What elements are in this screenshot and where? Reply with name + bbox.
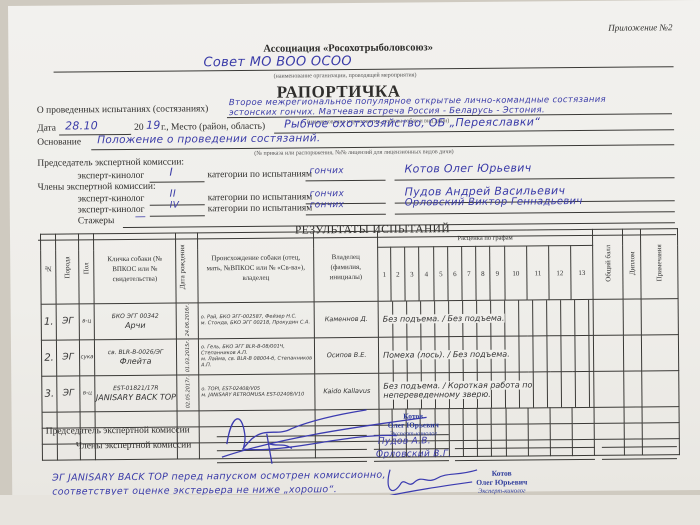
empty-cell bbox=[506, 408, 528, 424]
member1-category: II bbox=[170, 189, 177, 200]
grade-col-1: 1 bbox=[378, 247, 391, 301]
member2-discipline-line bbox=[306, 214, 386, 216]
sign-extra2b-line bbox=[602, 458, 677, 460]
empty-cell bbox=[42, 412, 57, 428]
empty-cell bbox=[528, 407, 550, 423]
chairman-category: I bbox=[169, 166, 173, 179]
year-value: 19 bbox=[146, 119, 161, 132]
row-dob: 24.06.2016г. bbox=[176, 303, 198, 339]
grade-col-3: 3 bbox=[405, 247, 419, 301]
place-value: Рыбное охотхозяйство, ОБ „Переяславки“ bbox=[284, 115, 540, 130]
basis-value: Положение о проведении состязаний. bbox=[97, 132, 320, 146]
event-label: О проведенных испытаниях (состязаниях) bbox=[37, 104, 208, 115]
appendix-label: Приложение №2 bbox=[608, 22, 672, 33]
member2-category: IV bbox=[170, 201, 180, 211]
sign-members-label: Члены экспертной комиссии bbox=[76, 440, 192, 451]
chairman-category-label: категории по испытаниям bbox=[207, 169, 312, 180]
grade-col-11: 11 bbox=[527, 246, 549, 300]
trainees-value: — bbox=[135, 210, 146, 223]
member2-category-label: категории по испытаниям bbox=[208, 203, 313, 214]
date-label: Дата bbox=[37, 124, 56, 134]
grade-col-8: 8 bbox=[476, 246, 490, 300]
empty-cell bbox=[572, 407, 594, 423]
row-sex: сука bbox=[79, 340, 94, 376]
year-prefix: 20 bbox=[134, 123, 144, 133]
col-grading: Расценка по графам bbox=[377, 229, 592, 247]
row-sex: в-ц bbox=[79, 304, 94, 340]
row-total bbox=[594, 371, 624, 407]
footnote-line1: ЭГ JANISARY BACK TOP перед напуском осмо… bbox=[52, 470, 386, 484]
stamp-name: Олег Юрьевич bbox=[388, 420, 439, 429]
expert-stamp-top: Котов Олег Юрьевич Эксперт-кинолог bbox=[388, 411, 439, 438]
chairman-expert-label: эксперт-кинолог bbox=[77, 171, 144, 182]
empty-cell bbox=[594, 407, 624, 423]
grade-col-7: 7 bbox=[462, 246, 476, 300]
empty-cell bbox=[550, 407, 572, 423]
row-sire: о. Гель, БКО ЭГГ BLR-B-08/001Ч, Степанни… bbox=[201, 344, 314, 357]
empty-cell bbox=[506, 424, 528, 440]
row-dog-name: св. BLR-B-0026/ЭГФлейта bbox=[94, 339, 176, 376]
row-dog-name: EST-01821/17RJANISARY BACK TOP bbox=[95, 375, 177, 412]
row-breed: ЭГ bbox=[56, 340, 79, 376]
member1-category-label: категории по испытаниям bbox=[208, 192, 313, 203]
row-sex: в-ц bbox=[80, 375, 95, 411]
stamp-surname: Котов bbox=[476, 468, 527, 477]
col-origin: Происхождение собаки (отец, мать, №ВПКОС… bbox=[197, 232, 314, 303]
col-sex: Пол bbox=[78, 234, 94, 304]
chairman-name: Котов Олег Юрьевич bbox=[404, 161, 531, 175]
row-owner: Каменнов Д. bbox=[314, 301, 378, 337]
col-total: Общий балл bbox=[593, 229, 624, 299]
empty-cell bbox=[528, 423, 550, 439]
organization-value: Совет МО ВОО ОСОО bbox=[203, 54, 352, 70]
row-origin: о. Рай, БКО ЭГГ-002587, Фейзер Н.С.м. Ст… bbox=[198, 302, 314, 339]
row-grading: Помеха (лось). / Без подъема. bbox=[378, 335, 593, 373]
chairman-discipline-line bbox=[306, 180, 386, 182]
row-diploma bbox=[623, 299, 641, 335]
trainees-label: Стажеры bbox=[78, 216, 115, 226]
row-breed: ЭГ bbox=[56, 304, 79, 340]
empty-cell bbox=[491, 408, 506, 424]
row-dog-nickname: Арчи bbox=[95, 321, 176, 331]
row-dog-nickname: Флейта bbox=[95, 357, 176, 367]
stamp-surname: Котов bbox=[388, 411, 439, 420]
grade-col-13: 13 bbox=[571, 245, 594, 299]
expert-stamp-bottom: Котов Олег Юрьевич Эксперт-кинолог bbox=[476, 468, 527, 495]
col-owner: Владелец (фамилия, инициалы) bbox=[313, 231, 378, 302]
row-diploma bbox=[624, 335, 642, 371]
row-owner: Осипов В.Е. bbox=[314, 337, 378, 373]
empty-cell bbox=[642, 406, 679, 422]
chairman-name-line bbox=[395, 177, 675, 180]
empty-cell bbox=[624, 423, 642, 439]
table-row: 2.ЭГсукасв. BLR-B-0026/ЭГФлейта01.03.201… bbox=[41, 335, 678, 376]
table-row: 1.ЭГв-цБКО ЭГГ 00342Арчи24.06.2016г.о. Р… bbox=[41, 299, 678, 340]
row-num: 3. bbox=[42, 376, 57, 412]
grade-col-4: 4 bbox=[419, 247, 434, 301]
empty-cell bbox=[449, 408, 463, 424]
grade-col-10: 10 bbox=[505, 246, 527, 300]
row-origin: о. Гель, БКО ЭГГ BLR-B-08/001Ч, Степанни… bbox=[198, 338, 314, 375]
chairman-category-line bbox=[150, 181, 205, 182]
chairman-heading: Председатель экспертной комиссии: bbox=[37, 157, 184, 168]
row-dob: 01.03.2015г. bbox=[176, 339, 198, 375]
empty-cell bbox=[57, 411, 80, 427]
row-dam: м. JANISARY RETROMUSA EST-02408/V10 bbox=[201, 391, 314, 398]
col-note: Примечания bbox=[641, 229, 679, 299]
member2-name-line bbox=[395, 211, 675, 214]
chairman-discipline: гончих bbox=[309, 166, 344, 176]
member1-expert-label: эксперт-кинолог bbox=[78, 194, 145, 205]
row-num: 1. bbox=[41, 304, 56, 340]
association-name: Ассоциация «Росохотрыболовсоюз» bbox=[263, 42, 433, 54]
grade-col-2: 2 bbox=[391, 247, 405, 301]
grade-col-12: 12 bbox=[549, 246, 571, 300]
table-surface bbox=[0, 495, 700, 525]
place-label: г., Место (район, область) bbox=[161, 122, 265, 133]
row-dam: м. Лайма, св. BLR-B 08004-б, Степанников… bbox=[201, 356, 314, 369]
grade-col-6: 6 bbox=[448, 247, 462, 301]
empty-cell bbox=[463, 408, 477, 424]
empty-cell bbox=[624, 407, 642, 423]
row-note bbox=[641, 299, 678, 335]
empty-cell bbox=[42, 444, 57, 460]
row-grading: Без подъема. / Без подъема. bbox=[378, 299, 593, 337]
row-dog-name: БКО ЭГГ 00342Арчи bbox=[94, 303, 176, 340]
member2-category-line bbox=[150, 215, 205, 216]
empty-cell bbox=[477, 424, 491, 440]
col-name: Кличка собаки (№ ВПКОС или № свидетельст… bbox=[93, 233, 176, 304]
row-total bbox=[594, 335, 624, 371]
col-diploma: Диплом bbox=[623, 229, 642, 299]
row-dam: м. Стонда, БКО ЭГГ 00218, Прокудин С.А. bbox=[201, 320, 314, 327]
empty-cell bbox=[572, 423, 594, 439]
sign-extra2-line bbox=[455, 459, 595, 461]
member1-discipline: гончих bbox=[310, 189, 345, 199]
organization-line bbox=[54, 66, 674, 72]
member2-discipline: гончих bbox=[310, 200, 345, 210]
row-breed: ЭГ bbox=[57, 376, 80, 412]
empty-cell bbox=[463, 424, 477, 440]
stamp-name: Олег Юрьевич bbox=[476, 477, 527, 486]
empty-cell bbox=[594, 423, 624, 439]
row-dog-nickname: JANISARY BACK TOP bbox=[95, 393, 176, 403]
grade-col-9: 9 bbox=[490, 246, 505, 300]
report-sheet: Приложение №2 Ассоциация «Росохотрыболов… bbox=[8, 0, 700, 496]
basis-caption: (№ приказа или распоряжения, №№ лицензий… bbox=[254, 149, 453, 157]
empty-cell bbox=[491, 424, 506, 440]
stamp-role: Эксперт-кинолог bbox=[388, 429, 439, 438]
empty-cell bbox=[642, 422, 679, 438]
row-total bbox=[593, 299, 623, 335]
empty-cell bbox=[550, 423, 572, 439]
row-num: 2. bbox=[41, 340, 56, 376]
sign-chairman-label: Председатель экспертной комиссии bbox=[46, 425, 190, 436]
col-breed: Порода bbox=[55, 234, 79, 304]
empty-cell bbox=[449, 424, 463, 440]
col-num: № bbox=[40, 234, 56, 304]
empty-cell bbox=[477, 408, 491, 424]
col-dob: Дата рождения bbox=[175, 233, 198, 303]
row-note bbox=[642, 335, 679, 371]
row-note bbox=[642, 370, 679, 406]
basis-label: Основание bbox=[37, 137, 81, 147]
row-diploma bbox=[624, 371, 642, 407]
member2-name: Орловский Виктор Геннадьевич bbox=[405, 196, 583, 209]
grade-col-5: 5 bbox=[434, 247, 448, 301]
date-value: 28.10 bbox=[65, 119, 98, 132]
empty-cell bbox=[80, 411, 95, 427]
members-heading: Члены экспертной комиссии: bbox=[38, 182, 156, 193]
organization-caption: (наименование организации, проводящей ме… bbox=[274, 72, 417, 79]
